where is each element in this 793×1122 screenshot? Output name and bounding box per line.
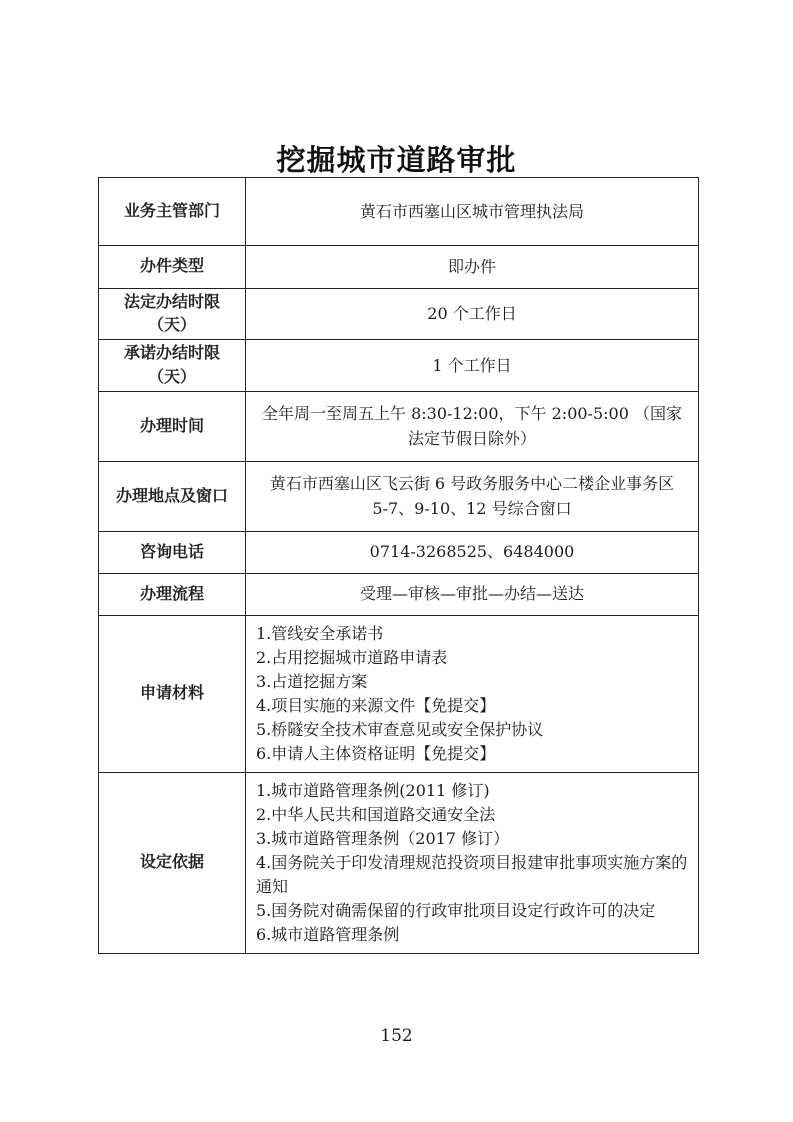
table-row: 办理地点及窗口 黄石市西塞山区飞云街 6 号政务服务中心二楼企业事务区 5-7、… — [99, 461, 699, 531]
table-row: 办件类型 即办件 — [99, 246, 699, 289]
list-item: 4.项目实施的来源文件【免提交】 — [256, 694, 688, 718]
row-label: 办理流程 — [99, 573, 246, 615]
table-row: 设定依据 1.城市道路管理条例(2011 修订) 2.中华人民共和国道路交通安全… — [99, 772, 699, 953]
row-value: 20 个工作日 — [246, 289, 699, 340]
table-row: 承诺办结时限（天） 1 个工作日 — [99, 340, 699, 391]
row-value: 受理—审核—审批—办结—送达 — [246, 573, 699, 615]
list-item: 6.城市道路管理条例 — [256, 923, 688, 947]
table-row: 法定办结时限（天） 20 个工作日 — [99, 289, 699, 340]
list-item: 3.占道挖掘方案 — [256, 670, 688, 694]
table-row: 咨询电话 0714-3268525、6484000 — [99, 531, 699, 573]
row-value: 即办件 — [246, 246, 699, 289]
row-value: 黄石市西塞山区城市管理执法局 — [246, 178, 699, 246]
table-row: 办理流程 受理—审核—审批—办结—送达 — [99, 573, 699, 615]
row-value: 0714-3268525、6484000 — [246, 531, 699, 573]
row-label: 设定依据 — [99, 772, 246, 953]
row-value-list: 1.管线安全承诺书 2.占用挖掘城市道路申请表 3.占道挖掘方案 4.项目实施的… — [246, 615, 699, 772]
service-info-table: 业务主管部门 黄石市西塞山区城市管理执法局 办件类型 即办件 法定办结时限（天）… — [98, 177, 699, 954]
list-item: 5.国务院对确需保留的行政审批项目设定行政许可的决定 — [256, 899, 688, 923]
row-label: 申请材料 — [99, 615, 246, 772]
list-item: 1.城市道路管理条例(2011 修订) — [256, 779, 688, 803]
row-label: 办理时间 — [99, 391, 246, 461]
row-label: 业务主管部门 — [99, 178, 246, 246]
list-item: 6.申请人主体资格证明【免提交】 — [256, 742, 688, 766]
row-value: 1 个工作日 — [246, 340, 699, 391]
list-item: 5.桥隧安全技术审查意见或安全保护协议 — [256, 718, 688, 742]
list-item: 2.占用挖掘城市道路申请表 — [256, 646, 688, 670]
list-item: 2.中华人民共和国道路交通安全法 — [256, 803, 688, 827]
row-value-list: 1.城市道路管理条例(2011 修订) 2.中华人民共和国道路交通安全法 3.城… — [246, 772, 699, 953]
row-label: 办理地点及窗口 — [99, 461, 246, 531]
row-value: 全年周一至周五上午 8:30-12:00，下午 2:00-5:00 （国家法定节… — [246, 391, 699, 461]
table-row: 申请材料 1.管线安全承诺书 2.占用挖掘城市道路申请表 3.占道挖掘方案 4.… — [99, 615, 699, 772]
list-item: 1.管线安全承诺书 — [256, 622, 688, 646]
row-label: 法定办结时限（天） — [99, 289, 246, 340]
list-item: 4.国务院关于印发清理规范投资项目报建审批事项实施方案的通知 — [256, 851, 688, 899]
row-label: 咨询电话 — [99, 531, 246, 573]
table-row: 业务主管部门 黄石市西塞山区城市管理执法局 — [99, 178, 699, 246]
row-label: 办件类型 — [99, 246, 246, 289]
list-item: 3.城市道路管理条例（2017 修订） — [256, 827, 688, 851]
row-label: 承诺办结时限（天） — [99, 340, 246, 391]
table-row: 办理时间 全年周一至周五上午 8:30-12:00，下午 2:00-5:00 （… — [99, 391, 699, 461]
document-page: 挖掘城市道路审批 业务主管部门 黄石市西塞山区城市管理执法局 办件类型 即办件 … — [0, 0, 793, 1122]
row-value: 黄石市西塞山区飞云街 6 号政务服务中心二楼企业事务区 5-7、9-10、12 … — [246, 461, 699, 531]
page-title: 挖掘城市道路审批 — [0, 138, 793, 179]
page-number: 152 — [0, 1026, 793, 1046]
